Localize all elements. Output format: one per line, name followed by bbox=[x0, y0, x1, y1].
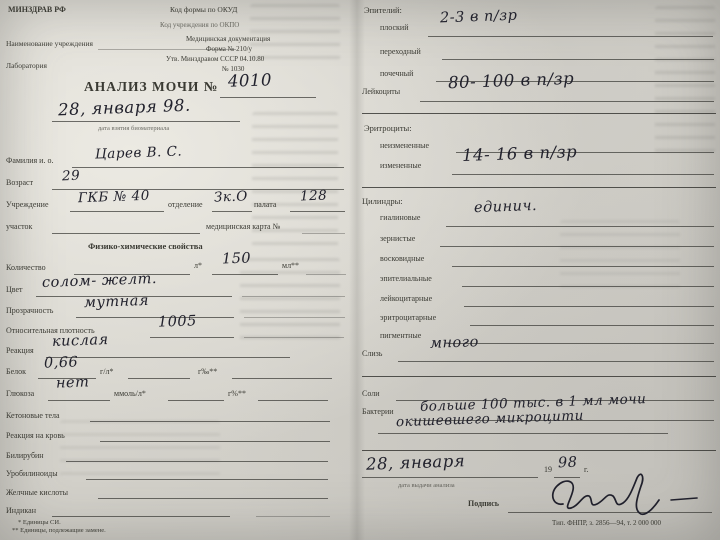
okud-code-label: Код формы по ОКУД bbox=[170, 6, 237, 14]
field-line bbox=[100, 441, 330, 442]
epithelium-flat-value: 2-3 в п/зр bbox=[440, 9, 518, 28]
field-line bbox=[52, 516, 230, 517]
institution-label: Учреждение bbox=[6, 201, 49, 210]
department-value: Зк.О bbox=[214, 189, 248, 205]
department-label: отделение bbox=[168, 201, 203, 210]
page-fold bbox=[349, 0, 365, 540]
age-value: 29 bbox=[62, 169, 81, 184]
field-line bbox=[428, 36, 713, 37]
physchem-section-title: Физико-химические свойства bbox=[88, 242, 203, 251]
institution-value: ГКБ № 40 bbox=[78, 189, 150, 206]
field-line bbox=[244, 337, 344, 338]
protein-unit-old: г‰** bbox=[198, 368, 217, 377]
field-line bbox=[150, 337, 234, 338]
med-card-label: медицинская карта № bbox=[206, 223, 280, 232]
quantity-value: 150 bbox=[222, 251, 252, 268]
cylinders-title: Цилиндры: bbox=[362, 197, 403, 206]
field-line bbox=[70, 211, 164, 212]
field-line bbox=[168, 400, 224, 401]
field-line bbox=[470, 325, 714, 326]
color-label: Цвет bbox=[6, 286, 23, 295]
field-line bbox=[440, 246, 714, 247]
field-line bbox=[98, 498, 328, 499]
field-line bbox=[86, 479, 328, 480]
field-line bbox=[448, 343, 714, 344]
analysis-number-value: 4010 bbox=[228, 71, 273, 91]
quantity-label: Количество bbox=[6, 264, 46, 273]
footnote-si: * Единицы СИ. bbox=[18, 519, 61, 526]
erythrocytes-changed-value: 14- 16 в п/зр bbox=[462, 143, 578, 165]
field-line bbox=[232, 378, 332, 379]
glucose-unit-old: г%** bbox=[228, 390, 246, 399]
reaction-label: Реакция bbox=[6, 347, 34, 356]
patient-name-label: Фамилия и. о. bbox=[6, 157, 53, 166]
field-line bbox=[306, 274, 346, 275]
approved-label: Утв. Минздравом СССР 04.10.80 bbox=[166, 56, 264, 64]
field-line bbox=[52, 121, 240, 122]
issue-date-value: 28, января bbox=[366, 452, 466, 474]
mucus-value: много bbox=[430, 335, 479, 353]
age-label: Возраст bbox=[6, 179, 33, 188]
institution-name-label: Наименование учреждения bbox=[6, 40, 93, 48]
bilirubin-label: Билирубин bbox=[6, 452, 44, 461]
section-divider bbox=[362, 113, 716, 114]
form-title: АНАЛИЗ МОЧИ № bbox=[84, 80, 218, 95]
field-line bbox=[398, 361, 714, 362]
field-line bbox=[212, 211, 252, 212]
section-divider bbox=[362, 187, 716, 188]
field-line bbox=[258, 400, 328, 401]
field-line bbox=[290, 211, 345, 212]
field-line bbox=[420, 101, 714, 102]
field-line bbox=[464, 306, 714, 307]
clarity-label: Прозрачность bbox=[6, 307, 53, 316]
field-line bbox=[90, 421, 330, 422]
field-line bbox=[302, 233, 345, 234]
erythrocytes-changed-label: измененные bbox=[380, 162, 421, 171]
okpo-code-label: Код учреждения по ОКПО bbox=[160, 22, 239, 30]
ward-value: 128 bbox=[300, 189, 328, 205]
district-label: участок bbox=[6, 223, 32, 232]
glucose-value: нет bbox=[56, 375, 90, 392]
issue-date-label: дата выдачи анализа bbox=[398, 482, 455, 489]
quantity-unit-si: л* bbox=[194, 262, 202, 271]
field-line bbox=[52, 233, 200, 234]
ministry-label: МИНЗДРАВ РФ bbox=[8, 6, 66, 15]
blood-reaction-label: Реакция на кровь bbox=[6, 432, 65, 441]
cylinders-granular-label: зернистые bbox=[380, 235, 415, 244]
cylinders-hyaline-value: единич. bbox=[474, 199, 538, 217]
bleed-through-artifact bbox=[560, 220, 680, 290]
protein-label: Белок bbox=[6, 368, 26, 377]
field-line bbox=[378, 433, 668, 434]
field-line bbox=[242, 296, 345, 297]
field-line bbox=[212, 274, 278, 275]
scanned-urine-analysis-form: МИНЗДРАВ РФ Код формы по ОКУД Код учрежд… bbox=[0, 0, 720, 540]
field-line bbox=[452, 174, 714, 175]
bacteria-label: Бактерии bbox=[362, 408, 394, 417]
signature bbox=[545, 470, 710, 516]
bile-acids-label: Желчные кислоты bbox=[6, 489, 68, 498]
med-doc-label: Медицинская документация bbox=[186, 36, 270, 44]
mucus-label: Слизь bbox=[362, 350, 382, 359]
epithelium-flat-label: плоский bbox=[380, 24, 408, 33]
epithelium-renal-label: почечный bbox=[380, 70, 413, 79]
protein-value: 0,66 bbox=[44, 355, 79, 372]
epithelium-title: Эпителий: bbox=[364, 6, 402, 15]
section-divider bbox=[362, 450, 716, 451]
print-info: Тип. ФНПР, з. 2856—94, т. 2 000 000 bbox=[552, 520, 661, 528]
sample-date-label: дата взятия биоматериала bbox=[98, 125, 169, 132]
glucose-unit-si: ммоль/л* bbox=[114, 390, 146, 399]
field-line bbox=[462, 286, 714, 287]
field-line bbox=[220, 97, 316, 98]
field-line bbox=[98, 49, 236, 50]
leukocytes-label: Лейкоциты bbox=[362, 88, 400, 97]
color-value: солом- желт. bbox=[42, 272, 157, 292]
field-line bbox=[46, 357, 290, 358]
footnote-replace: ** Единицы, подлежащие замене. bbox=[12, 527, 106, 534]
field-line bbox=[244, 317, 345, 318]
field-line bbox=[256, 516, 330, 517]
leukocytes-value: 80- 100 в п/зр bbox=[448, 70, 575, 93]
field-line bbox=[76, 317, 234, 318]
cylinders-hyaline-label: гиалиновые bbox=[380, 214, 420, 223]
field-line bbox=[128, 378, 190, 379]
ward-label: палата bbox=[254, 201, 276, 210]
density-value: 1005 bbox=[158, 314, 197, 331]
bleed-through-artifact bbox=[60, 420, 220, 480]
sample-date-value: 28, января 98. bbox=[58, 97, 191, 120]
field-line bbox=[452, 266, 714, 267]
urobilinoids-label: Уробилиноиды bbox=[6, 470, 58, 479]
section-divider bbox=[362, 376, 716, 377]
erythrocytes-title: Эритроциты: bbox=[364, 124, 412, 133]
field-line bbox=[66, 461, 328, 462]
cylinders-erythrocytic-label: эритроцитарные bbox=[380, 314, 436, 323]
laboratory-label: Лаборатория bbox=[6, 62, 47, 70]
field-line bbox=[48, 400, 110, 401]
field-line bbox=[446, 226, 714, 227]
cylinders-leukocytic-label: лейкоцитарные bbox=[380, 295, 432, 304]
cylinders-pigmented-label: пигментные bbox=[380, 332, 421, 341]
field-line bbox=[442, 59, 714, 60]
clarity-value: мутная bbox=[84, 294, 150, 312]
glucose-label: Глюкоза bbox=[6, 390, 34, 399]
epithelium-transitional-label: переходный bbox=[380, 48, 421, 57]
indican-label: Индикан bbox=[6, 507, 36, 516]
salts-label: Соли bbox=[362, 390, 380, 399]
reaction-value: кислая bbox=[52, 333, 109, 351]
bleed-through-artifact bbox=[240, 258, 340, 348]
patient-name-value: Царев В. С. bbox=[95, 144, 183, 162]
erythrocytes-unchanged-label: неизмененные bbox=[380, 142, 429, 151]
ketones-label: Кетоновые тела bbox=[6, 412, 60, 421]
cylinders-waxy-label: восковидные bbox=[380, 255, 424, 264]
signature-label: Подпись bbox=[468, 500, 499, 509]
cylinders-epithelial-label: эпителиальные bbox=[380, 275, 432, 284]
quantity-unit-old: мл** bbox=[282, 262, 299, 271]
field-line bbox=[362, 477, 538, 478]
protein-unit-si: г/л* bbox=[100, 368, 114, 377]
field-line bbox=[72, 167, 344, 168]
